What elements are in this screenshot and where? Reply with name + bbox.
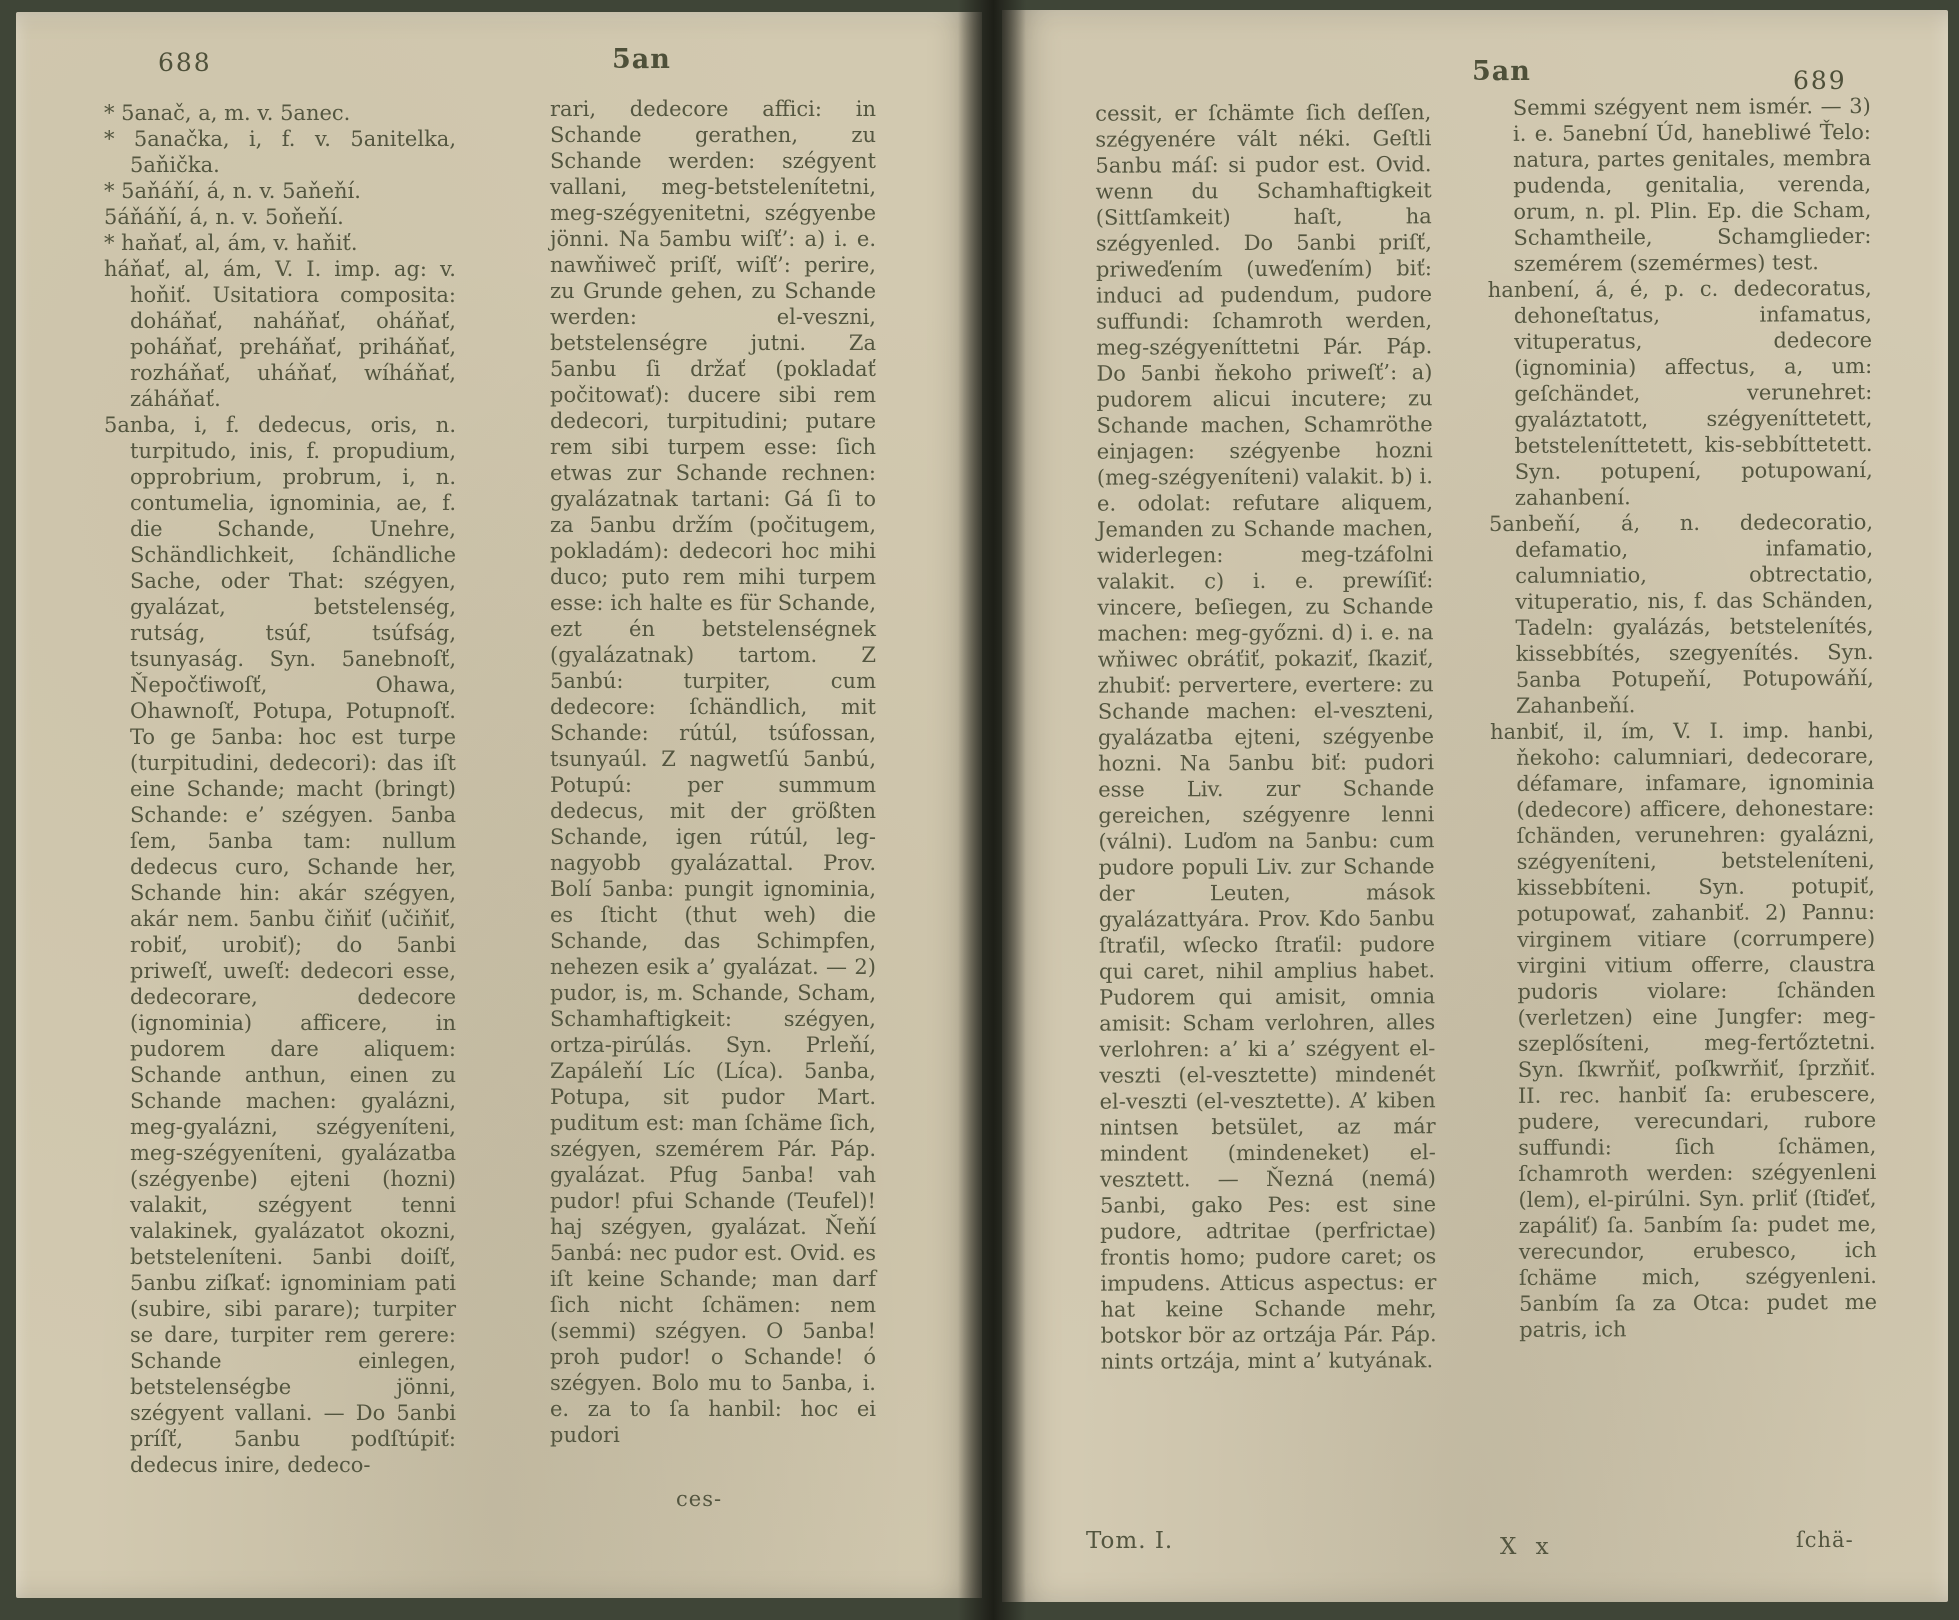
entry-paragraph: * haňať, al, ám, v. haňiť. [104,230,456,256]
entry-continuation-paragraph: rari, dedecore affici: in Schande gerath… [524,96,876,1448]
left-page-column-1: * 5anač, a, m. v. 5anec. * 5anačka, i, f… [104,100,456,1478]
catchword-right-page: ſchä- [1796,1528,1854,1552]
running-head-left: 5an [612,44,671,75]
left-page-column-2: rari, dedecore affici: in Schande gerath… [524,96,876,1448]
book-scan: { "colors": { "paper": "#d2c9b0", "ink":… [0,0,1959,1620]
running-head-right: 5an [1472,56,1531,87]
entry-paragraph: * 5anačka, i, f. v. 5anitelka, 5aňička. [104,126,456,178]
entry-continuation-paragraph: cessit, er ſchämte ſich deſſen, szégyené… [1069,99,1437,1375]
right-page-column-2: Semmi szégyent nem ismér. — 3) i. e. 5an… [1487,93,1878,1343]
entry-paragraph: * 5aňáňí, á, n. v. 5aňeňí. [104,178,456,204]
signature-tom: Tom. I. [1086,1528,1173,1554]
entry-paragraph: * 5anač, a, m. v. 5anec. [104,100,456,126]
entry-paragraph: hanbení, á, é, p. c. dedecoratus, dehone… [1488,275,1873,511]
book-spine-gutter [958,0,1026,1620]
page-number-right: 689 [1793,66,1847,95]
entry-paragraph: háňať, al, ám, V. I. imp. ag: v. hoňiť. … [104,256,456,412]
entry-paragraph: 5anba, i, f. dedecus, oris, n. turpitudo… [104,412,456,1478]
entry-paragraph: 5anbeňí, á, n. dedecoratio, defamatio, i… [1489,509,1874,719]
entry-paragraph: hanbiť, il, ím, V. I. imp. hanbi, ňekoho… [1490,717,1877,1343]
right-page-column-1: cessit, er ſchämte ſich deſſen, szégyené… [1069,99,1437,1375]
catchword-left-page: ces- [676,1487,722,1511]
entry-paragraph: 5áňáňí, á, n. v. 5oňeňí. [104,204,456,230]
signature-xx: X x [1500,1534,1555,1560]
entry-continuation-paragraph: Semmi szégyent nem ismér. — 3) i. e. 5an… [1487,93,1872,277]
page-number-left: 688 [158,48,212,77]
